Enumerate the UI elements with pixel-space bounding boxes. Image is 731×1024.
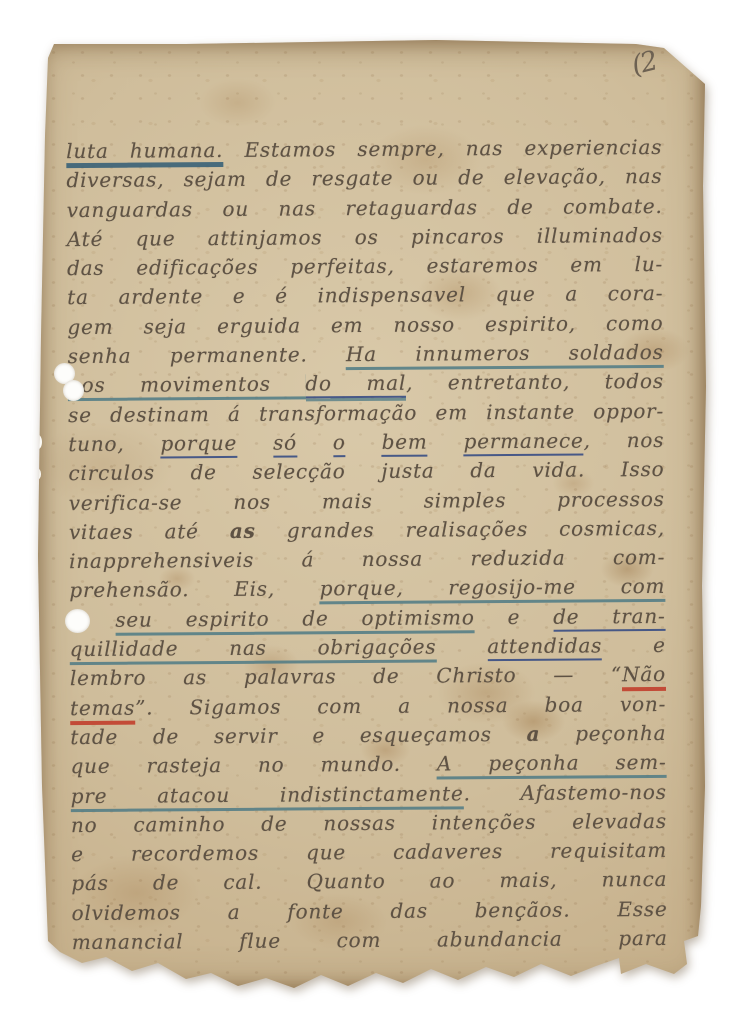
- handwriting: tuno,: [68, 431, 160, 456]
- handwriting: grandes realisações cosmicas,: [256, 516, 665, 543]
- handwriting: senha permanente.: [68, 342, 347, 368]
- manuscript-line-12: circulos de selecção justa da vida. Isso: [68, 455, 664, 488]
- underlined-handwriting: pre atacou indistinctamente: [71, 781, 464, 812]
- handwriting: ”. Sigamos com a nossa boa von-: [135, 692, 666, 720]
- underlined-handwriting: luta humana.: [66, 138, 223, 168]
- handwriting: a: [527, 722, 541, 746]
- scanned-document-page: { "page": { "page_number": "(2", "colors…: [0, 0, 731, 1024]
- underlined-handwriting: do mal: [305, 371, 406, 399]
- handwriting: ta ardente e é indispensavel que a cora-: [67, 281, 663, 309]
- manuscript-line-6: ta ardente e é indispensavel que a cora-: [67, 279, 663, 312]
- manuscript-line-7: gem seja erguida em nosso espirito, como: [67, 309, 663, 342]
- handwriting: e recordemos que cadaveres requisitam: [71, 838, 667, 866]
- manuscript-line-13: verifica-se nos mais simples processos: [69, 484, 665, 517]
- handwriting: gem seja erguida em nosso espirito, como: [67, 311, 663, 339]
- manuscript-paper-sheet: (2 luta humana. Estamos sempre, nas expe…: [36, 36, 708, 988]
- handwriting: manancial flue com abundancia para: [72, 926, 668, 954]
- handwritten-page-number: (2: [629, 46, 660, 82]
- manuscript-line-11: tuno, porque só o bem permanece, nos: [68, 426, 664, 459]
- manuscript-line-14: vitaes até as grandes realisações cosmic…: [69, 514, 665, 547]
- manuscript-line-16: prehensão. Eis, porque, regosijo-me com: [69, 572, 665, 605]
- manuscript-line-25: e recordemos que cadaveres requisitam: [71, 836, 667, 869]
- handwriting: diversas, sejam de resgate ou de elevaçã…: [66, 164, 662, 192]
- manuscript-line-5: das edificações perfeitas, estaremos em …: [67, 250, 663, 283]
- handwriting: [346, 430, 382, 454]
- punch-hole: [63, 380, 84, 401]
- manuscript-line-2: diversas, sejam de resgate ou de elevaçã…: [66, 162, 662, 195]
- handwriting: pás de cal. Quanto ao mais, nunca: [71, 867, 667, 895]
- underlined-handwriting: permanece: [463, 428, 583, 456]
- handwriting: que rasteja no mundo.: [70, 752, 437, 779]
- handwriting: vitaes até: [69, 519, 230, 544]
- handwriting: [297, 430, 333, 454]
- handwriting: e: [475, 604, 554, 629]
- paper-edge-nick: [32, 434, 42, 450]
- underlined-handwriting: quillidade nas obrigações: [70, 635, 437, 666]
- manuscript-line-8: senha permanente. Ha innumeros soldados: [68, 338, 664, 371]
- manuscript-line-23: pre atacou indistinctamente. Afastemo-no…: [71, 777, 667, 810]
- handwriting: , entretanto, todos: [406, 369, 664, 395]
- manuscript-line-10: se destinam á transformação em instante …: [68, 397, 664, 430]
- handwriting: , nos: [584, 428, 665, 453]
- handwriting: . Afastemo-nos: [463, 779, 666, 804]
- manuscript-line-3: vanguardas ou nas retaguardas de combate…: [67, 192, 663, 225]
- manuscript-line-19: lembro as palavras de Christo — “Não: [70, 660, 666, 693]
- manuscript-line-27: olvidemos a fonte das bençãos. Esse: [71, 895, 667, 928]
- underlined-handwriting: porque, regosijo-me com: [320, 574, 666, 604]
- handwriting: e: [602, 633, 666, 657]
- handwriting: circulos de selecção justa da vida. Isso: [68, 457, 664, 485]
- manuscript-lines: luta humana. Estamos sempre, nas experie…: [66, 133, 668, 957]
- underlined-handwriting: A peçonha sem-: [437, 750, 667, 780]
- handwriting: das edificações perfeitas, estaremos em …: [67, 252, 663, 280]
- handwriting: se destinam á transformação em instante …: [68, 399, 664, 427]
- manuscript-line-17: o seu espirito de optimismo e de tran-: [69, 602, 665, 635]
- underlined-handwriting: porque: [160, 431, 237, 459]
- handwriting: Estamos sempre, nas experiencias: [223, 135, 662, 162]
- underlined-handwriting: Ha innumeros soldados: [346, 340, 664, 370]
- manuscript-line-18: quillidade nas obrigações attendidas e: [70, 631, 666, 664]
- underlined-handwriting: temas: [70, 695, 135, 724]
- manuscript-line-20: temas”. Sigamos com a nossa boa von-: [70, 690, 666, 723]
- handwriting: [428, 429, 464, 453]
- paper-surface: (2 luta humana. Estamos sempre, nas expe…: [36, 36, 708, 988]
- handwriting: olvidemos a fonte das bençãos. Esse: [71, 897, 667, 925]
- handwriting: lembro as palavras de Christo — “: [70, 663, 622, 691]
- manuscript-line-9: nos movimentos do mal, entretanto, todos: [68, 367, 664, 400]
- manuscript-line-22: que rasteja no mundo. A peçonha sem-: [70, 748, 666, 781]
- manuscript-line-15: inapprehensiveis á nossa reduzida com-: [69, 543, 665, 576]
- underlined-handwriting: nos movimentos: [68, 372, 306, 402]
- underlined-handwriting: Não: [622, 662, 666, 691]
- manuscript-line-28: manancial flue com abundancia para: [72, 924, 668, 957]
- underlined-handwriting: o: [333, 430, 346, 457]
- handwriting: vanguardas ou nas retaguardas de combate…: [67, 194, 663, 222]
- underlined-handwriting: de tran-: [553, 604, 666, 632]
- paper-edge-nick: [33, 468, 41, 480]
- handwriting: inapprehensiveis á nossa reduzida com-: [69, 545, 665, 573]
- manuscript-line-26: pás de cal. Quanto ao mais, nunca: [71, 865, 667, 898]
- handwriting: peçonha: [540, 721, 666, 746]
- handwriting: [436, 634, 487, 658]
- handwriting: as: [230, 519, 256, 543]
- underlined-handwriting: só: [273, 430, 297, 457]
- punch-hole: [65, 609, 90, 633]
- manuscript-line-1: luta humana. Estamos sempre, nas experie…: [66, 133, 662, 166]
- handwriting: prehensão. Eis,: [69, 577, 320, 603]
- handwriting: no caminho de nossas intenções elevadas: [71, 809, 667, 837]
- handwriting: [237, 431, 273, 455]
- manuscript-line-4: Até que attinjamos os pincaros illuminad…: [67, 221, 663, 254]
- handwriting: Até que attinjamos os pincaros illuminad…: [67, 223, 663, 251]
- handwriting: tade de servir e esqueçamos: [70, 722, 526, 749]
- manuscript-line-21: tade de servir e esqueçamos a peçonha: [70, 719, 666, 752]
- underlined-handwriting: attendidas: [487, 633, 602, 661]
- underlined-handwriting: bem: [382, 430, 428, 457]
- handwriting: verifica-se nos mais simples processos: [69, 486, 665, 514]
- underlined-handwriting: seu espirito de optimismo: [115, 605, 474, 636]
- manuscript-line-24: no caminho de nossas intenções elevadas: [71, 807, 667, 840]
